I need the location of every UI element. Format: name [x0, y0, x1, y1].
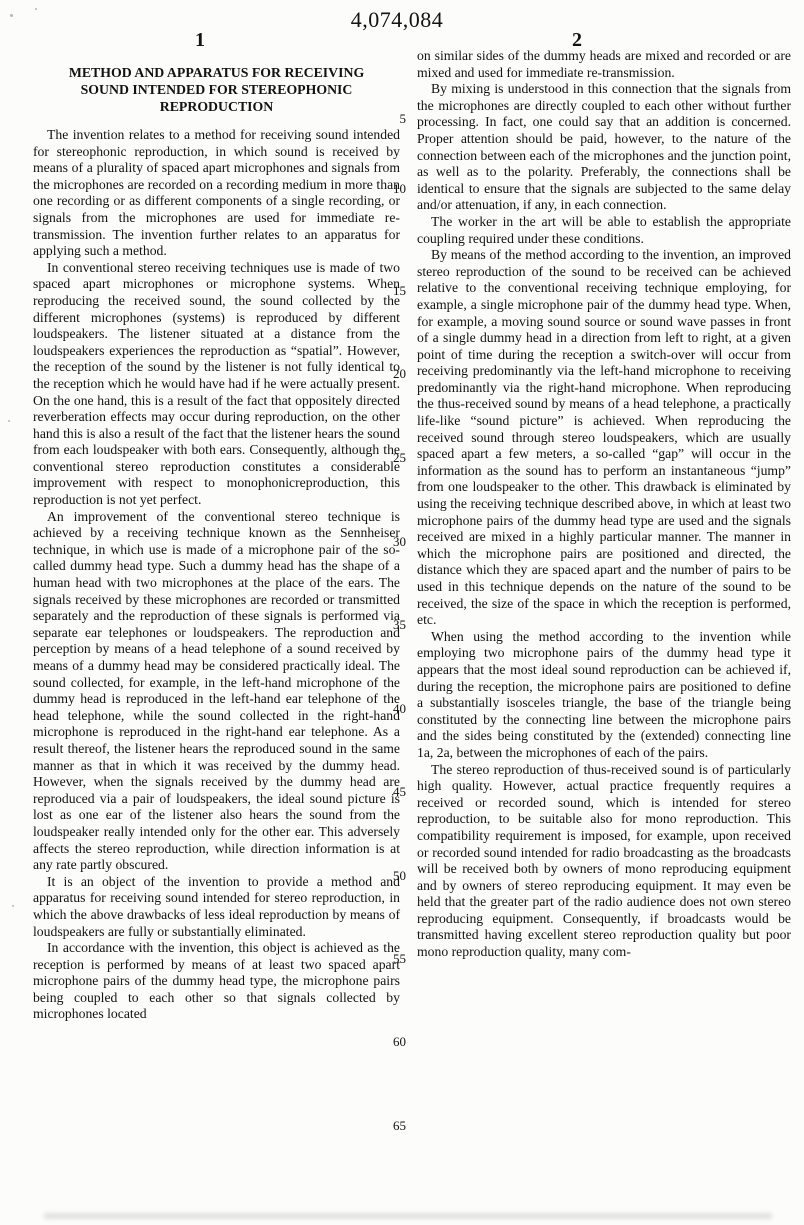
line-number: 55 [384, 951, 406, 966]
scan-speckle [8, 420, 10, 422]
line-number: 60 [384, 1034, 406, 1049]
scan-artifact [44, 1213, 772, 1219]
line-number: 35 [384, 617, 406, 632]
line-number: 40 [384, 701, 406, 716]
line-number: 20 [384, 366, 406, 381]
scan-speckle [12, 905, 14, 907]
line-number: 10 [384, 181, 406, 196]
line-number: 65 [384, 1118, 406, 1133]
line-number: 25 [384, 450, 406, 465]
line-number-gutter: 5101520253035404550556065 [0, 0, 804, 1225]
scan-speckle [35, 8, 37, 10]
line-number: 15 [384, 283, 406, 298]
line-number: 5 [384, 111, 406, 126]
scan-speckle [10, 14, 13, 17]
line-number: 45 [384, 784, 406, 799]
line-number: 30 [384, 534, 406, 549]
line-number: 50 [384, 868, 406, 883]
patent-page: 4,074,084 1 2 METHOD AND APPARATUS FOR R… [0, 0, 804, 1225]
